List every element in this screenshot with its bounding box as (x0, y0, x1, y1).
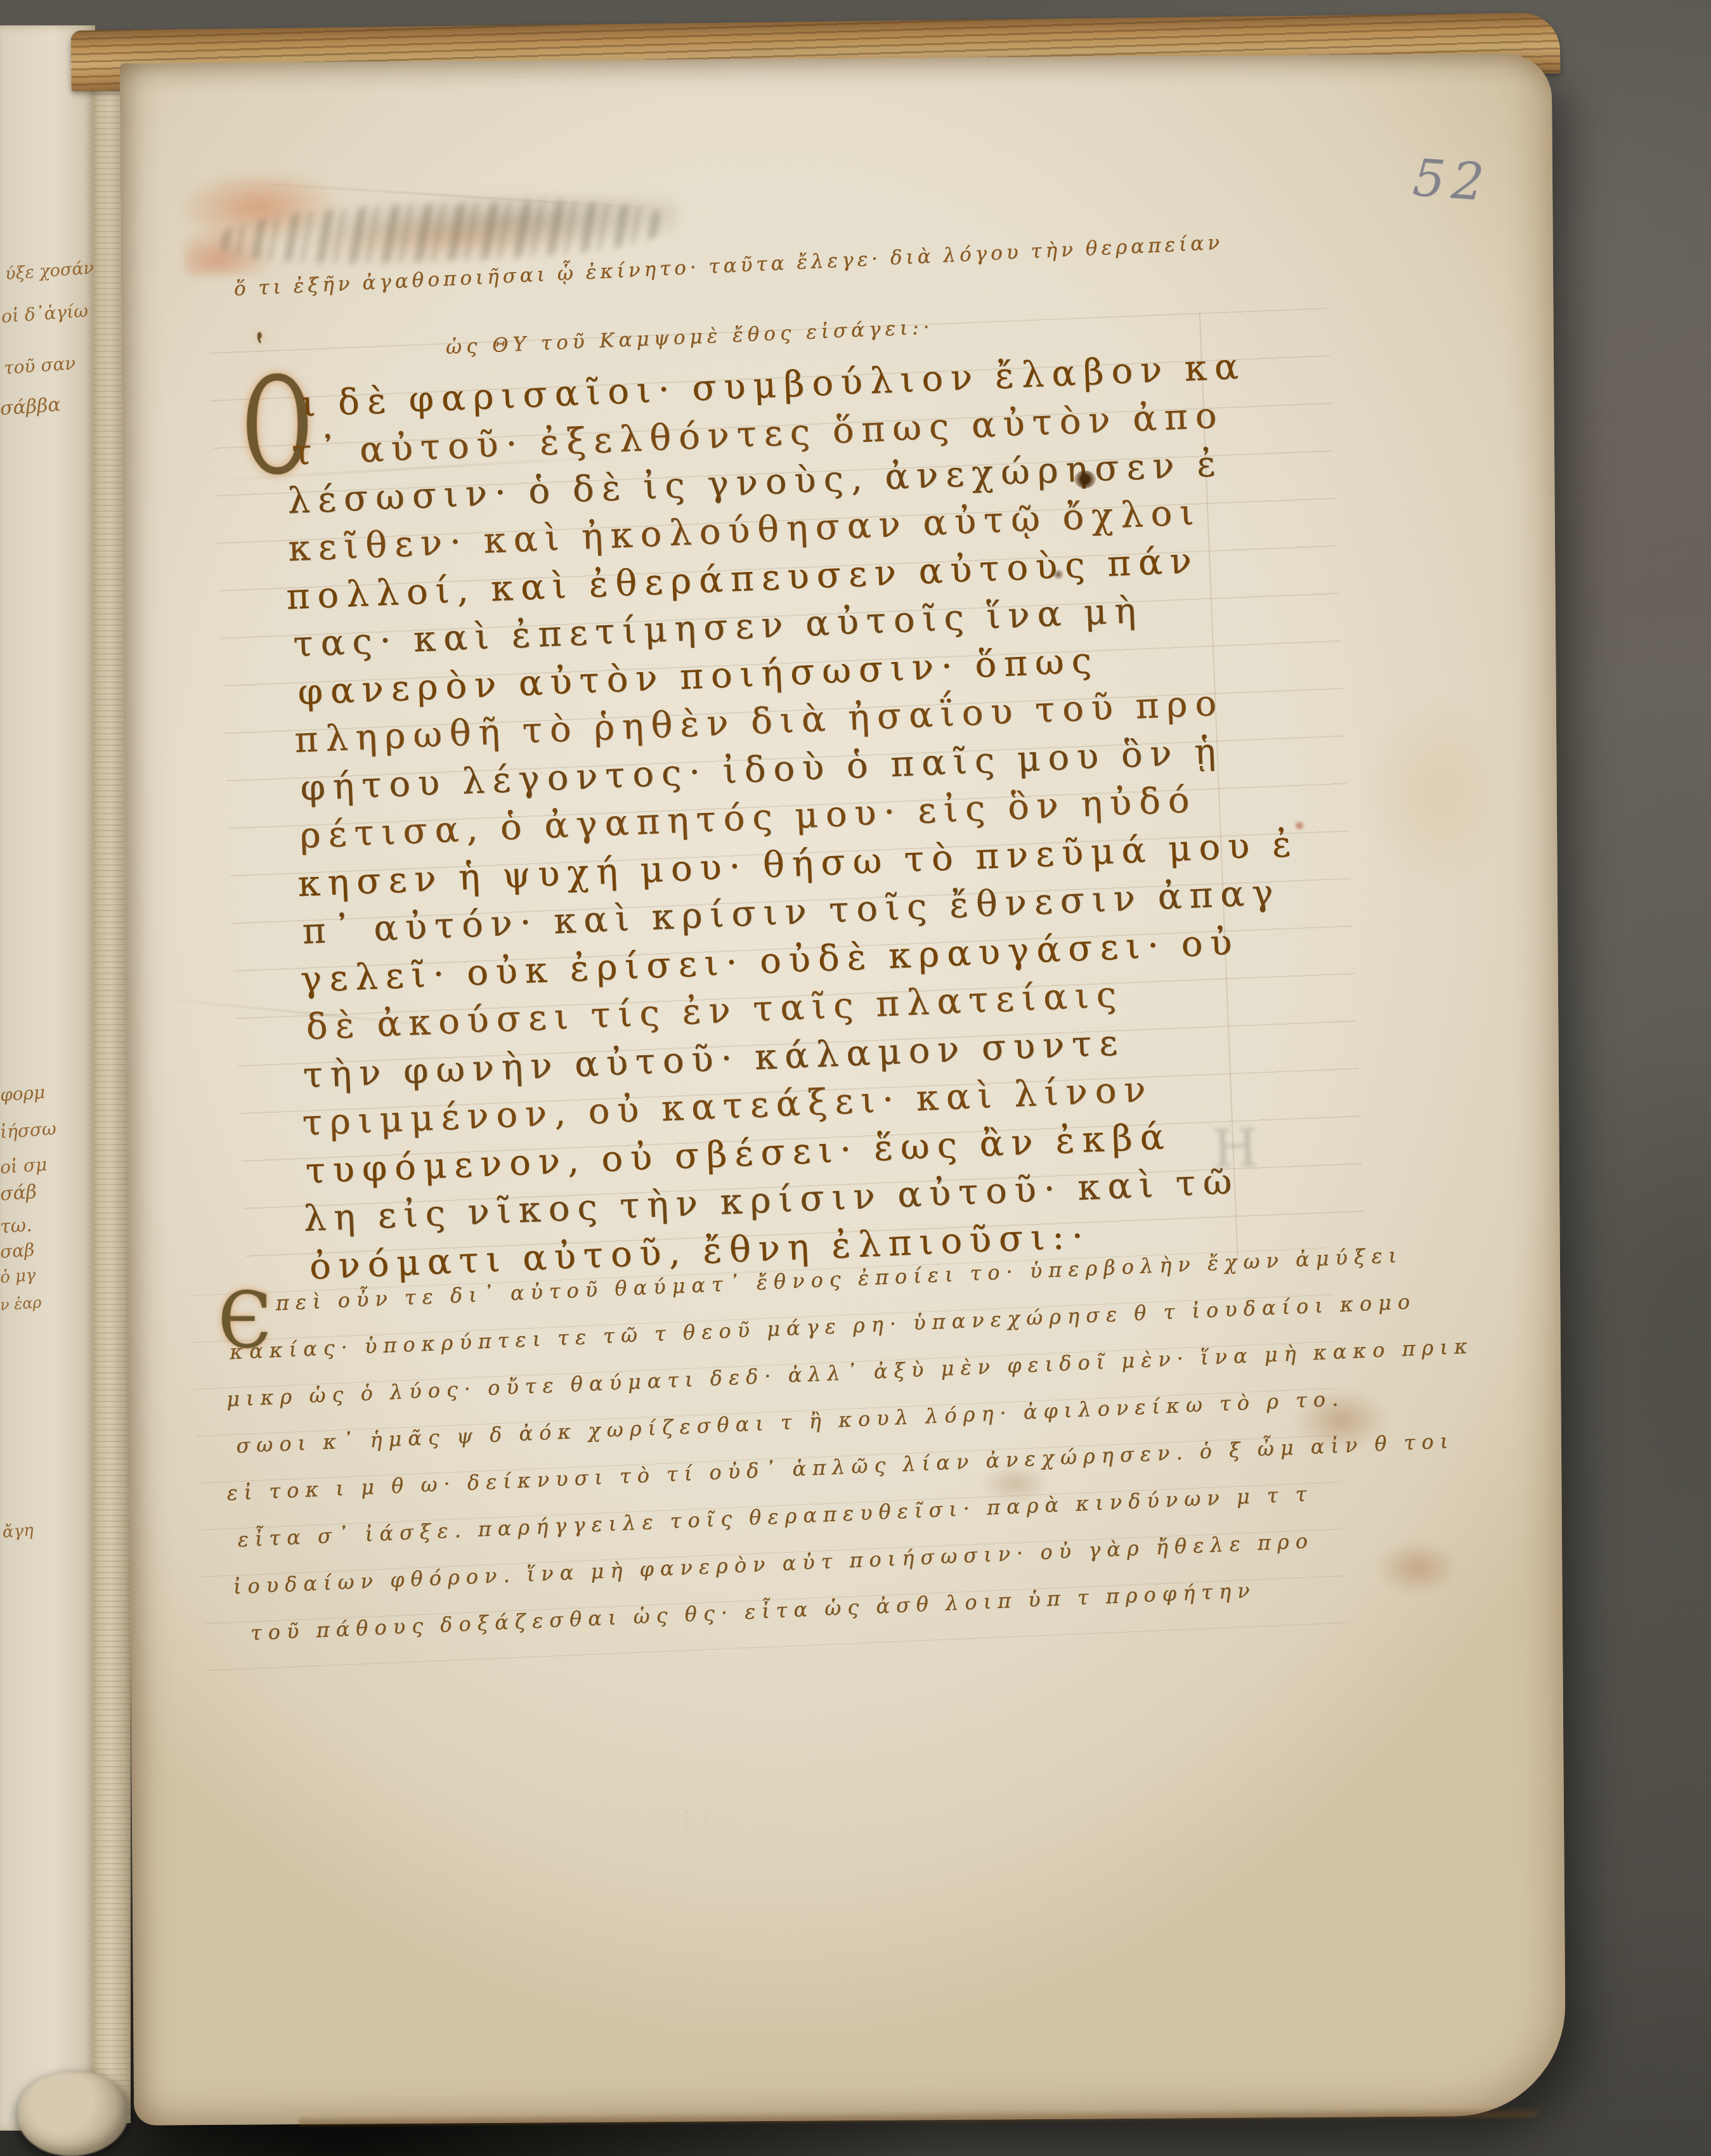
margin-fragment: σάβ (0, 1181, 37, 1205)
red-stain-dot (1294, 821, 1305, 831)
faded-header-inscription (181, 151, 679, 276)
manuscript-photo: ύξε χοσάν οἱ δ᾽ἁγίω τοῦ σαν σάββα φορμ ἰ… (0, 0, 1711, 2156)
parchment-stain (980, 1465, 1050, 1503)
margin-fragment: σάββα (0, 394, 62, 420)
margin-fragment: φορμ (0, 1082, 46, 1106)
margin-fragment: σαβ (0, 1239, 35, 1263)
margin-fragment: οἱ σμ (0, 1153, 48, 1178)
margin-fragment: ὁ μγ (0, 1266, 36, 1287)
margin-fragment: ν ἐαρ (0, 1294, 42, 1314)
ink-blot (1074, 471, 1096, 488)
parchment-stain (1376, 1541, 1459, 1595)
decorated-initial-omicron: ῾ Ο (242, 360, 312, 493)
margin-fragment: ύξε χοσάν (4, 258, 94, 284)
margin-fragment: ἄγη (2, 1521, 34, 1542)
breathing-mark: ῾ (252, 332, 268, 381)
parchment-stain (1294, 1389, 1389, 1452)
folio-number: 52 (1411, 148, 1492, 212)
margin-fragment: ἰήσσω (0, 1118, 57, 1143)
margin-fragment: τω. (0, 1214, 33, 1238)
facing-page-edge: ύξε χοσάν οἱ δ᾽ἁγίω τοῦ σαν σάββα φορμ ἰ… (0, 25, 95, 2131)
ink-blot (1053, 569, 1064, 580)
binding-cord (18, 2072, 129, 2156)
pricking-dot-texture (577, 1750, 818, 1883)
ink-offset-mark: Η (1211, 1118, 1268, 1180)
margin-fragment: τοῦ σαν (3, 353, 76, 379)
parchment-stain (1363, 698, 1509, 888)
margin-fragment: οἱ δ᾽ἁγίω (1, 300, 89, 327)
